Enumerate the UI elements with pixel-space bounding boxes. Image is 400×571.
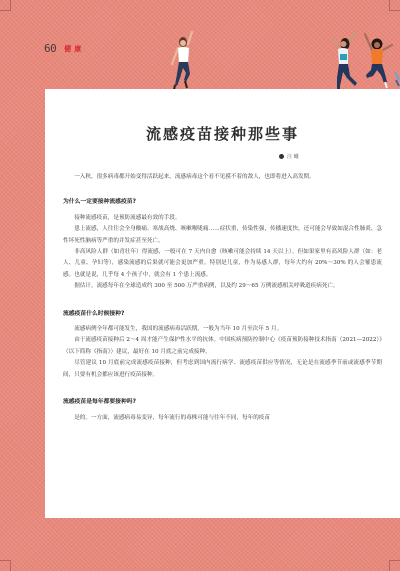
crop-mark-top-right bbox=[389, 0, 400, 11]
author-name: 汪 曦 bbox=[287, 153, 299, 160]
jumping-person-partial-image bbox=[394, 70, 400, 88]
paragraph: 患上流感，人往往会全身酸痛、寒战高烧、咳嗽喉咙痛……症状重，传染性强，传播速度快… bbox=[63, 224, 382, 247]
section-heading-why: 为什么一定要接种流感疫苗? bbox=[63, 197, 382, 208]
crop-mark-bottom-left bbox=[0, 560, 11, 571]
paragraph: 由于流感疫苗接种后 2～4 周才能产生保护性水平的抗体。中国疾病预防控制中心《疫… bbox=[63, 335, 382, 358]
intro-paragraph: 一入秋，很多病毒都开始变得活跃起来，流感病毒这个看不见摸不着的敌人，也即将进入高… bbox=[63, 172, 382, 183]
paragraph: 是的。一方面，流感病毒易变异，每年流行的毒株可能与往年不同，每年的疫苗 bbox=[63, 413, 382, 424]
crop-mark-bottom-right bbox=[389, 560, 400, 571]
page-header: 60 健康 bbox=[44, 42, 84, 55]
jumping-woman-white-shirt-image bbox=[168, 30, 198, 94]
section-heading-when: 流感疫苗什么时候接种? bbox=[63, 309, 382, 320]
article-body: 一入秋，很多病毒都开始变得活跃起来，流感病毒这个看不见摸不着的敌人，也即将进入高… bbox=[63, 172, 382, 424]
author-line: 汪 曦 bbox=[279, 153, 299, 160]
page-number: 60 bbox=[44, 42, 56, 55]
jumping-woman-teal-shirt-image bbox=[330, 28, 360, 98]
section-heading-every-year: 流感疫苗是每年都要接种吗? bbox=[63, 397, 382, 408]
paragraph: 尽管建议 10 月底前完成流感疫苗接种，但考虑到国内流行病学、流感疫苗供应等情况… bbox=[63, 358, 382, 381]
section-label: 健康 bbox=[64, 44, 84, 54]
article-panel: 流感疫苗接种那些事 汪 曦 一入秋，很多病毒都开始变得活跃起来，流感病毒这个看不… bbox=[45, 89, 400, 518]
paragraph: 非高风险人群（如青壮年）得流感，一般可在 7 天内自愈（咳嗽可能会持续 14 天… bbox=[63, 247, 382, 281]
paragraph: 流感病例全年都可能发生，我国的流感病毒活跃期，一般为当年 10 月至次年 5 月… bbox=[63, 324, 382, 335]
crop-mark-top-left bbox=[0, 0, 11, 11]
author-bullet-icon bbox=[279, 154, 284, 159]
paragraph: 据估计，流感每年在全球造成约 300 至 500 万严重病例，以及约 29～65… bbox=[63, 281, 382, 292]
article-title: 流感疫苗接种那些事 bbox=[45, 123, 400, 144]
paragraph: 接种流感疫苗，是预防流感最有效的手段。 bbox=[63, 213, 382, 224]
jumping-woman-orange-shirt-image bbox=[363, 30, 393, 92]
